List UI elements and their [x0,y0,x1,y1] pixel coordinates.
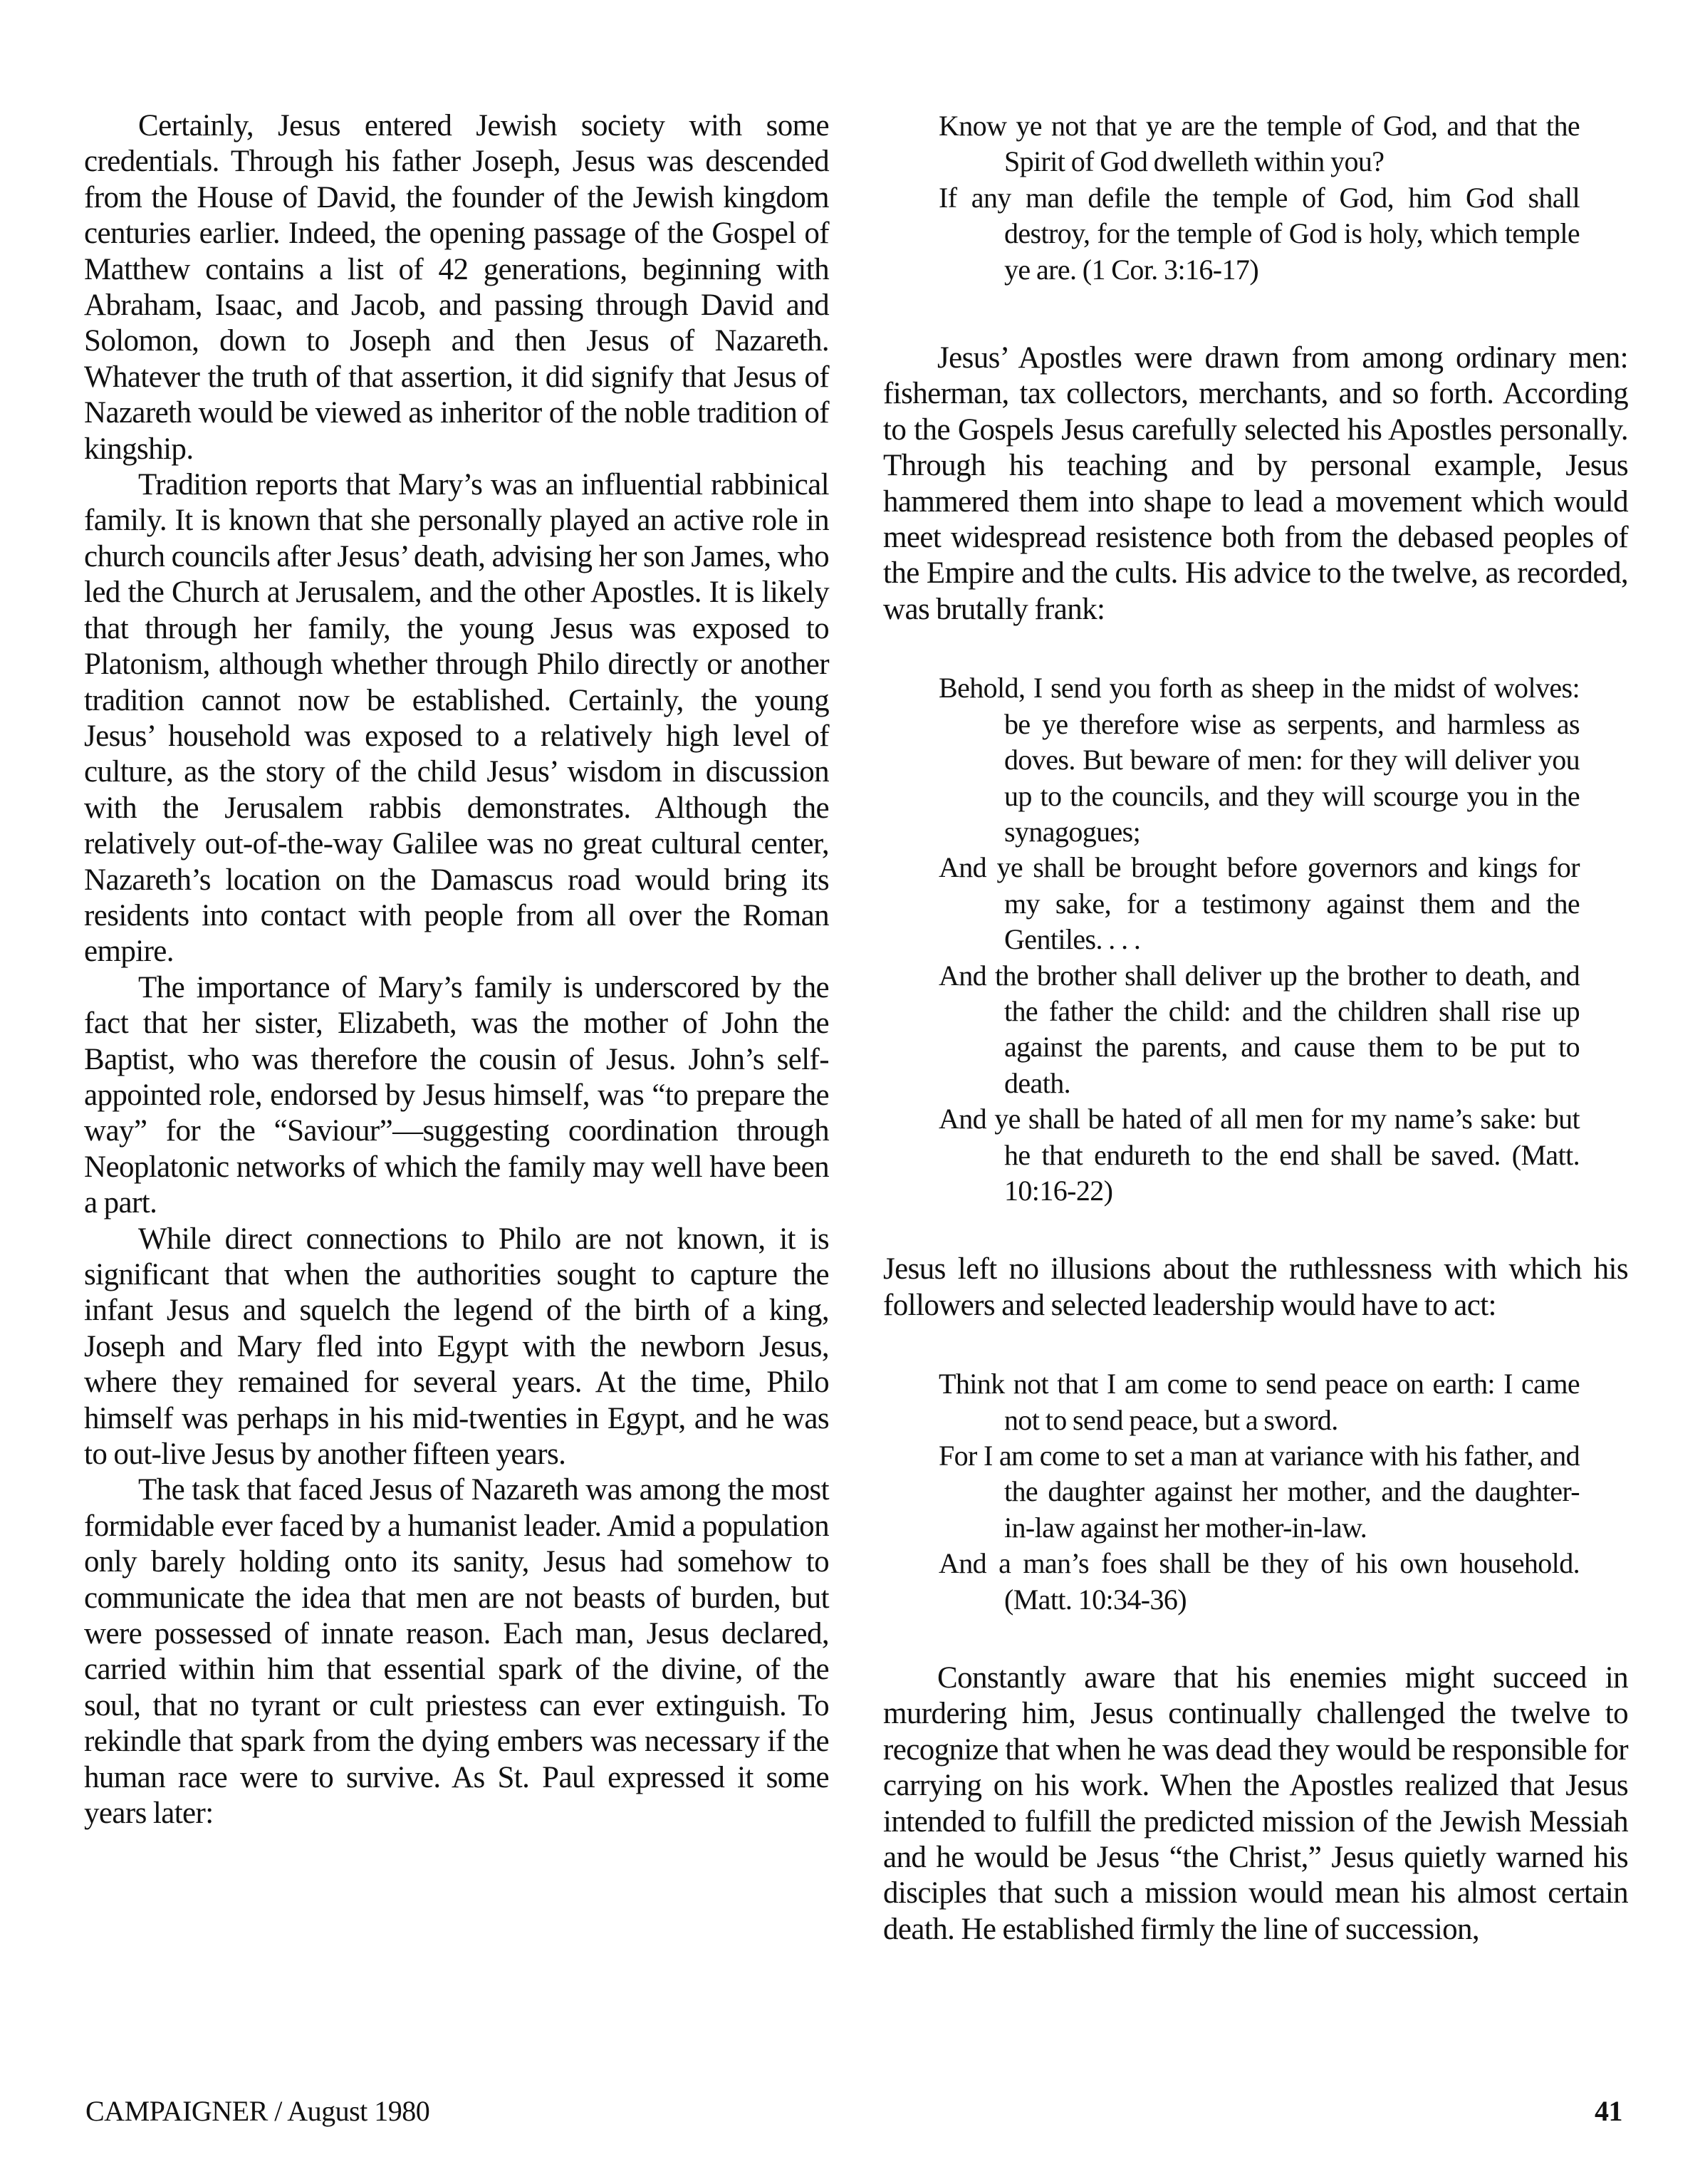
quote-verse: Behold, I send you forth as sheep in the… [939,670,1580,850]
right-column: Know ye not that ye are the temple of Go… [883,108,1628,1948]
paragraph-lineage: Certainly, Jesus entered Jewish society … [84,108,829,467]
paragraph-mary-family: Tradition reports that Mary’s was an inf… [84,467,829,970]
block-quote-matthew-10-16: Behold, I send you forth as sheep in the… [939,670,1580,1209]
quote-verse: And a man’s foes shall be they of his ow… [939,1546,1580,1618]
quote-verse: And ye shall be brought before governors… [939,850,1580,957]
spacer [883,1618,1628,1660]
page-number: 41 [1595,2094,1627,2128]
spacer [883,288,1628,340]
block-quote-matthew-10-34: Think not that I am come to send peace o… [939,1366,1580,1618]
quote-verse: And ye shall be hated of all men for my … [939,1101,1580,1209]
spacer [883,1209,1628,1252]
spacer [883,628,1628,670]
spacer [883,1324,1628,1366]
paragraph-ruthlessness: Jesus left no illusions about the ruthle… [883,1252,1628,1324]
quote-verse: Think not that I am come to send peace o… [939,1366,1580,1438]
publication-footer: CAMPAIGNER / August 1980 [85,2094,429,2128]
paragraph-task: The task that faced Jesus of Nazareth wa… [84,1472,829,1831]
quote-verse: If any man defile the temple of God, him… [939,180,1580,288]
quote-verse: And the brother shall deliver up the bro… [939,958,1580,1102]
quote-verse: For I am come to set a man at variance w… [939,1438,1580,1546]
page-footer: CAMPAIGNER / August 1980 41 [85,2094,1627,2137]
left-column: Certainly, Jesus entered Jewish society … [84,108,829,1832]
paragraph-philo-egypt: While direct connections to Philo are no… [84,1222,829,1473]
block-quote-corinthians: Know ye not that ye are the temple of Go… [939,108,1580,288]
paragraph-john-baptist: The importance of Mary’s family is under… [84,970,829,1222]
paragraph-apostles: Jesus’ Apostles were drawn from among or… [883,340,1628,628]
quote-verse: Know ye not that ye are the temple of Go… [939,108,1580,180]
paragraph-succession: Constantly aware that his enemies might … [883,1660,1628,1948]
